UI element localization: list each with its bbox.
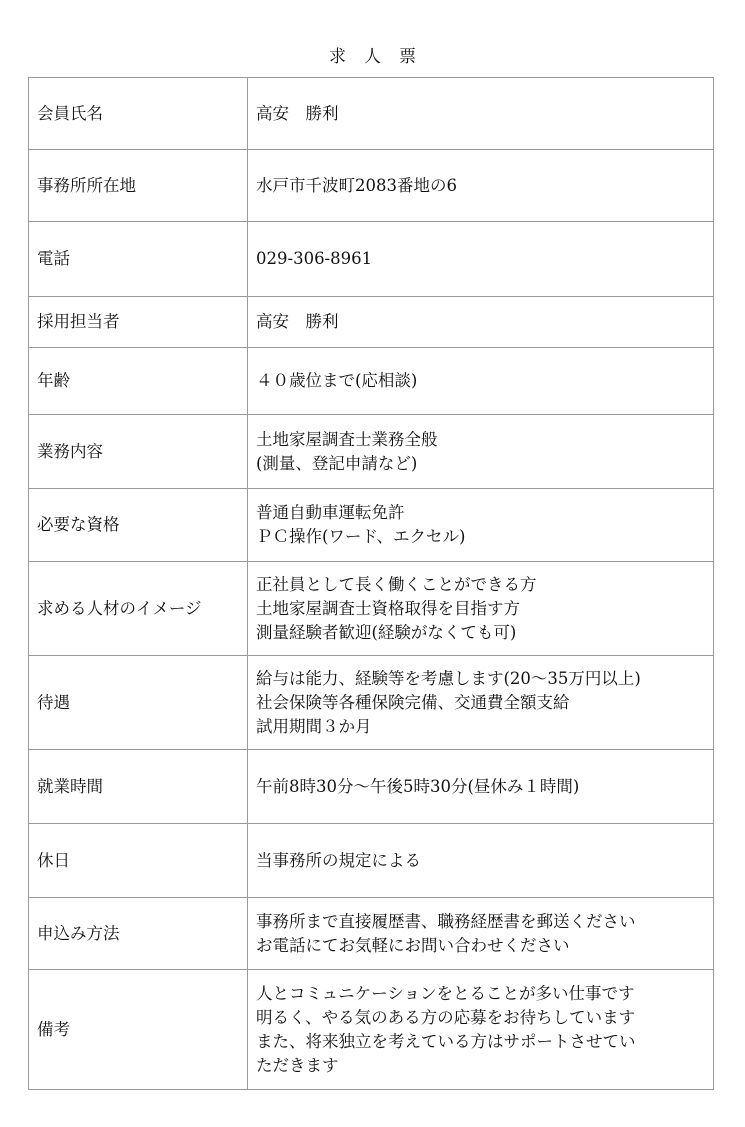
- table-row: 休日当事務所の規定による: [29, 824, 714, 898]
- field-label: 必要な資格: [29, 489, 248, 562]
- table-row: 申込み方法事務所まで直接履歴書、職務経歴書を郵送くださいお電話にてお気軽にお問い…: [29, 898, 714, 970]
- table-row: 求める人材のイメージ正社員として長く働くことができる方土地家屋調査士資格取得を目…: [29, 562, 714, 656]
- field-value-line: 人とコミュニケーションをとることが多い仕事です: [256, 982, 705, 1006]
- table-row: 必要な資格普通自動車運転免許ＰＣ操作(ワード、エクセル): [29, 489, 714, 562]
- field-value: 高安 勝利: [248, 297, 714, 348]
- job-listing-table: 会員氏名高安 勝利事務所所在地水戸市千波町2083番地の6電話029-306-8…: [28, 77, 714, 1090]
- field-value: 給与は能力、経験等を考慮します(20〜35万円以上)社会保険等各種保険完備、交通…: [248, 656, 714, 750]
- field-value-line: 明るく、やる気のある方の応募をお待ちしています: [256, 1006, 705, 1030]
- field-label: 事務所所在地: [29, 150, 248, 222]
- field-value-line: 社会保険等各種保険完備、交通費全額支給: [256, 691, 705, 715]
- field-value: 正社員として長く働くことができる方土地家屋調査士資格取得を目指す方測量経験者歓迎…: [248, 562, 714, 656]
- field-value-line: 測量経験者歓迎(経験がなくても可): [256, 621, 705, 645]
- field-value: 土地家屋調査士業務全般(測量、登記申請など): [248, 415, 714, 489]
- field-value-line: 事務所まで直接履歴書、職務経歴書を郵送ください: [256, 910, 705, 934]
- field-label: 会員氏名: [29, 78, 248, 150]
- field-value-line: ただきます: [256, 1054, 705, 1078]
- field-value: 当事務所の規定による: [248, 824, 714, 898]
- field-value-line: 正社員として長く働くことができる方: [256, 573, 705, 597]
- field-value-line: 午前8時30分〜午後5時30分(昼休み１時間): [256, 775, 705, 799]
- field-label: 備考: [29, 970, 248, 1090]
- field-value-line: 土地家屋調査士資格取得を目指す方: [256, 597, 705, 621]
- field-value-line: ＰＣ操作(ワード、エクセル): [256, 525, 705, 549]
- field-value: 普通自動車運転免許ＰＣ操作(ワード、エクセル): [248, 489, 714, 562]
- field-value: 午前8時30分〜午後5時30分(昼休み１時間): [248, 750, 714, 824]
- field-value-line: 高安 勝利: [256, 102, 705, 126]
- field-value: ４０歳位まで(応相談): [248, 348, 714, 415]
- field-value: 人とコミュニケーションをとることが多い仕事です明るく、やる気のある方の応募をお待…: [248, 970, 714, 1090]
- field-label: 申込み方法: [29, 898, 248, 970]
- field-value-line: 土地家屋調査士業務全般: [256, 428, 705, 452]
- field-value-line: (測量、登記申請など): [256, 452, 705, 476]
- table-row: 年齢４０歳位まで(応相談): [29, 348, 714, 415]
- table-row: 就業時間午前8時30分〜午後5時30分(昼休み１時間): [29, 750, 714, 824]
- field-value-line: また、将来独立を考えている方はサポートさせてい: [256, 1030, 705, 1054]
- field-value-line: 029-306-8961: [256, 247, 705, 271]
- table-row: 電話029-306-8961: [29, 222, 714, 297]
- field-value-line: 高安 勝利: [256, 310, 705, 334]
- field-value: 029-306-8961: [248, 222, 714, 297]
- table-row: 備考人とコミュニケーションをとることが多い仕事です明るく、やる気のある方の応募を…: [29, 970, 714, 1090]
- field-value: 高安 勝利: [248, 78, 714, 150]
- field-label: 電話: [29, 222, 248, 297]
- field-label: 待遇: [29, 656, 248, 750]
- table-row: 会員氏名高安 勝利: [29, 78, 714, 150]
- field-value: 事務所まで直接履歴書、職務経歴書を郵送くださいお電話にてお気軽にお問い合わせくだ…: [248, 898, 714, 970]
- field-value-line: 給与は能力、経験等を考慮します(20〜35万円以上): [256, 667, 705, 691]
- field-value-line: 普通自動車運転免許: [256, 501, 705, 525]
- field-label: 就業時間: [29, 750, 248, 824]
- field-value-line: ４０歳位まで(応相談): [256, 369, 705, 393]
- field-value-line: 試用期間３か月: [256, 715, 705, 739]
- table-row: 事務所所在地水戸市千波町2083番地の6: [29, 150, 714, 222]
- field-label: 採用担当者: [29, 297, 248, 348]
- field-label: 求める人材のイメージ: [29, 562, 248, 656]
- field-label: 年齢: [29, 348, 248, 415]
- field-value-line: 水戸市千波町2083番地の6: [256, 174, 705, 198]
- field-value: 水戸市千波町2083番地の6: [248, 150, 714, 222]
- document-title: 求人票: [0, 42, 745, 67]
- table-row: 待遇給与は能力、経験等を考慮します(20〜35万円以上)社会保険等各種保険完備、…: [29, 656, 714, 750]
- table-row: 採用担当者高安 勝利: [29, 297, 714, 348]
- field-value-line: 当事務所の規定による: [256, 849, 705, 873]
- field-value-line: お電話にてお気軽にお問い合わせください: [256, 934, 705, 958]
- field-label: 業務内容: [29, 415, 248, 489]
- table-row: 業務内容土地家屋調査士業務全般(測量、登記申請など): [29, 415, 714, 489]
- field-label: 休日: [29, 824, 248, 898]
